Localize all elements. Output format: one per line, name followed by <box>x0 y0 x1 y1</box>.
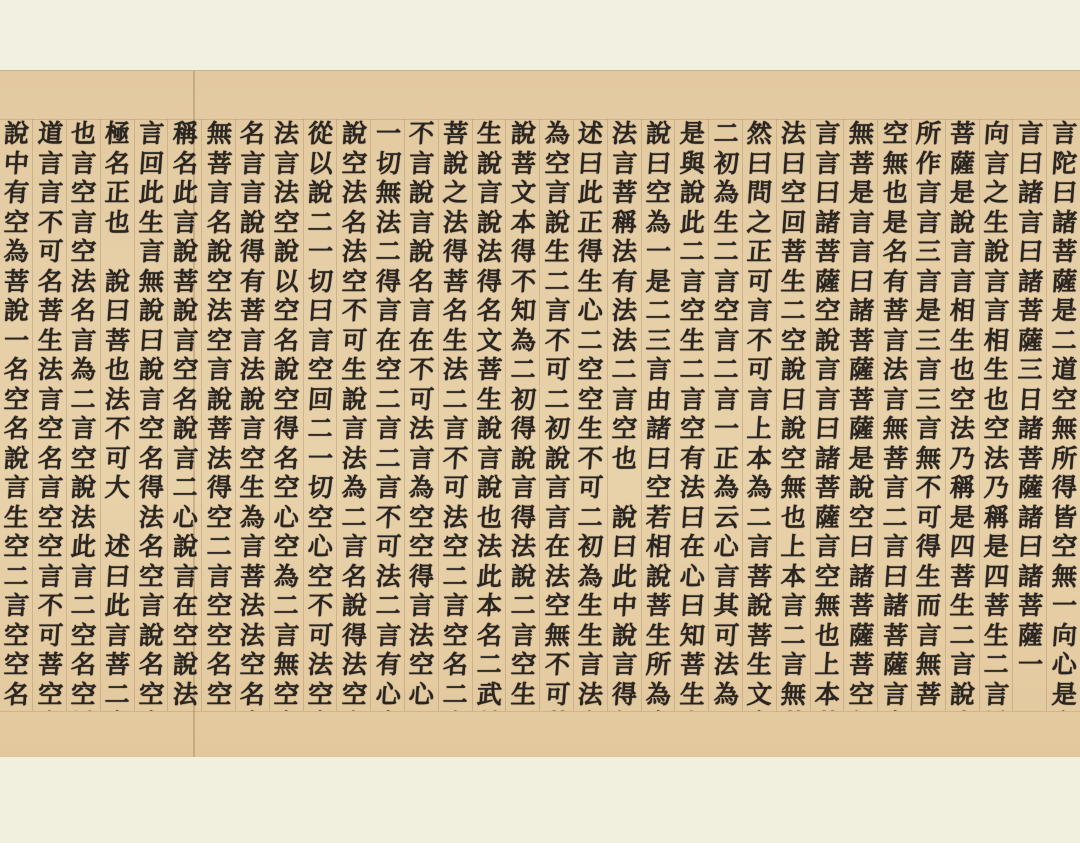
glyph: 說 <box>138 296 165 326</box>
glyph: 言 <box>983 296 1010 326</box>
glyph: 薩 <box>848 621 875 651</box>
glyph: 知 <box>510 296 537 326</box>
glyph: 名 <box>239 119 266 149</box>
glyph: 言 <box>915 267 942 297</box>
glyph: 得 <box>1051 473 1078 503</box>
glyph: 之 <box>746 208 773 238</box>
glyph: 名 <box>273 444 300 474</box>
glyph: 言 <box>915 178 942 208</box>
glyph: 二 <box>544 267 571 297</box>
glyph: 菩 <box>104 326 131 356</box>
glyph: 生 <box>713 208 740 238</box>
glyph: 不 <box>915 473 942 503</box>
glyph: 是 <box>1051 296 1078 326</box>
glyph: 向 <box>1051 621 1078 651</box>
glyph: 生 <box>983 355 1010 385</box>
glyph: 二 <box>375 237 402 267</box>
glyph: 言 <box>713 385 740 415</box>
glyph: 法 <box>510 532 537 562</box>
glyph: 菩 <box>1017 296 1044 326</box>
glyph: 稱 <box>983 503 1010 533</box>
glyph: 說 <box>679 178 706 208</box>
glyph: 曰 <box>814 178 841 208</box>
glyph: 生 <box>577 267 604 297</box>
text-column: 法言法空說以空名說空得名空心空為二言無空空 <box>269 119 304 711</box>
glyph: 生 <box>645 621 672 651</box>
glyph: 空 <box>341 267 368 297</box>
glyph: 言 <box>848 237 875 267</box>
glyph: 回 <box>307 385 334 415</box>
glyph: 諸 <box>645 414 672 444</box>
text-column: 然曰問之正可言不可言上本為二言菩說菩生文空菩說 <box>742 119 777 711</box>
glyph: 不 <box>341 296 368 326</box>
glyph: 乃 <box>983 473 1010 503</box>
glyph: 言 <box>814 355 841 385</box>
glyph: 法 <box>713 650 740 680</box>
glyph: 曰 <box>713 709 740 711</box>
glyph: 薩 <box>814 503 841 533</box>
glyph: 法 <box>882 355 909 385</box>
glyph: 中 <box>611 591 638 621</box>
glyph: 空 <box>37 680 64 710</box>
glyph: 薩 <box>1017 326 1044 356</box>
glyph: 二 <box>476 650 503 680</box>
glyph: 名 <box>341 208 368 238</box>
glyph: 說 <box>172 650 199 680</box>
glyph: 為 <box>408 473 435 503</box>
text-column: 說空法名法空不可生說言法為二言名說得法空言 <box>336 119 371 711</box>
glyph: 也 <box>476 503 503 533</box>
text-column: 言曰諸言曰諸菩薩三日諸菩薩諸曰諸菩薩一 <box>1012 119 1047 711</box>
glyph: 一 <box>645 237 672 267</box>
glyph: 空 <box>3 532 30 562</box>
glyph: 言 <box>273 149 300 179</box>
glyph: 也 <box>949 355 976 385</box>
glyph: 空 <box>3 621 30 651</box>
glyph: 名 <box>172 385 199 415</box>
glyph: 可 <box>544 680 571 710</box>
glyph: 空 <box>341 680 368 710</box>
glyph: 是 <box>949 503 976 533</box>
glyph: 法 <box>611 237 638 267</box>
glyph: 菩 <box>780 237 807 267</box>
glyph: 說 <box>341 119 368 149</box>
glyph: 言 <box>70 326 97 356</box>
glyph: 生 <box>138 208 165 238</box>
glyph: 以 <box>307 149 334 179</box>
glyph: 名 <box>3 680 30 710</box>
glyph: 空 <box>273 532 300 562</box>
glyph: 諸 <box>814 444 841 474</box>
glyph: 中 <box>3 149 30 179</box>
text-column: 名言言說得有菩言法說言空生為言菩法法空名空 <box>235 119 270 711</box>
glyph: 得 <box>273 414 300 444</box>
glyph: 可 <box>746 267 773 297</box>
glyph: 得 <box>442 237 469 267</box>
glyph: 上 <box>746 414 773 444</box>
glyph: 菩 <box>983 591 1010 621</box>
glyph: 言 <box>37 709 64 711</box>
glyph: 二 <box>577 503 604 533</box>
glyph: 無 <box>780 680 807 710</box>
text-column: 為空言說生二言不可二初說言言在法空無不可菩心 <box>539 119 574 711</box>
glyph: 一 <box>307 237 334 267</box>
glyph: 二 <box>273 591 300 621</box>
glyph: 可 <box>341 326 368 356</box>
text-column: 向言之生說言言相生也空法乃稱是四菩生二言說也 <box>979 119 1014 711</box>
glyph: 言 <box>949 237 976 267</box>
text-column: 從以說二一切曰言空回二一切空心空不可法空空 <box>303 119 338 711</box>
glyph: 得 <box>341 621 368 651</box>
glyph: 法 <box>70 267 97 297</box>
glyph: 文 <box>476 326 503 356</box>
glyph: 法 <box>206 444 233 474</box>
glyph: 名 <box>408 267 435 297</box>
glyph: 言 <box>37 385 64 415</box>
glyph: 二 <box>341 503 368 533</box>
glyph: 說 <box>510 562 537 592</box>
glyph: 言 <box>408 591 435 621</box>
glyph: 是 <box>645 267 672 297</box>
glyph: 不 <box>37 591 64 621</box>
glyph: 得 <box>510 503 537 533</box>
glyph: 空 <box>510 650 537 680</box>
glyph: 名 <box>37 444 64 474</box>
glyph: 乃 <box>949 444 976 474</box>
glyph: 本 <box>510 208 537 238</box>
glyph: 二 <box>713 355 740 385</box>
glyph: 言 <box>138 591 165 621</box>
glyph: 菩 <box>848 650 875 680</box>
glyph: 說 <box>273 355 300 385</box>
glyph: 三 <box>1017 355 1044 385</box>
glyph: 言 <box>1017 119 1044 149</box>
glyph: 曰 <box>104 296 131 326</box>
glyph <box>112 237 123 267</box>
glyph: 說 <box>239 208 266 238</box>
glyph: 說 <box>3 296 30 326</box>
glyph: 法 <box>577 680 604 710</box>
glyph: 道 <box>1051 355 1078 385</box>
glyph: 生 <box>577 591 604 621</box>
text-column: 生說言說法得名文菩生說言說也法此本名二武前得 <box>472 119 507 711</box>
glyph: 初 <box>510 385 537 415</box>
glyph: 薩 <box>949 149 976 179</box>
glyph: 也 <box>882 178 909 208</box>
glyph: 空 <box>206 267 233 297</box>
glyph: 得 <box>510 237 537 267</box>
glyph: 說 <box>611 503 638 533</box>
glyph: 言 <box>375 621 402 651</box>
glyph: 空 <box>882 709 909 711</box>
glyph: 空 <box>70 621 97 651</box>
glyph: 述 <box>577 119 604 149</box>
text-column: 言陀曰諸菩薩是二道空無所得皆空無一向心是言 <box>1046 119 1080 711</box>
glyph: 在 <box>375 326 402 356</box>
glyph: 薩 <box>1017 473 1044 503</box>
glyph: 法 <box>375 562 402 592</box>
glyph: 說 <box>239 385 266 415</box>
glyph: 言 <box>611 385 638 415</box>
glyph: 生 <box>915 562 942 592</box>
ruled-bottom-line <box>0 711 1080 712</box>
glyph: 說 <box>442 149 469 179</box>
glyph: 言 <box>476 444 503 474</box>
glyph: 菩 <box>1051 237 1078 267</box>
glyph: 言 <box>577 709 604 711</box>
glyph: 可 <box>307 621 334 651</box>
glyph: 無 <box>273 650 300 680</box>
glyph: 空 <box>949 385 976 415</box>
glyph: 言 <box>510 473 537 503</box>
glyph: 不 <box>510 709 537 711</box>
glyph: 說 <box>746 591 773 621</box>
glyph: 薩 <box>882 650 909 680</box>
glyph: 曰 <box>138 326 165 356</box>
glyph: 言 <box>915 208 942 238</box>
glyph: 四 <box>983 562 1010 592</box>
glyph: 可 <box>408 385 435 415</box>
glyph: 法 <box>273 178 300 208</box>
glyph: 諸 <box>814 208 841 238</box>
glyph: 為 <box>746 473 773 503</box>
glyph: 生 <box>476 119 503 149</box>
glyph: 說 <box>476 414 503 444</box>
glyph: 二 <box>746 503 773 533</box>
glyph: 稱 <box>172 119 199 149</box>
glyph: 菩 <box>645 591 672 621</box>
glyph: 菩 <box>239 296 266 326</box>
glyph: 得 <box>375 267 402 297</box>
glyph: 名 <box>206 650 233 680</box>
glyph: 言 <box>679 267 706 297</box>
glyph: 言 <box>713 326 740 356</box>
glyph: 言 <box>746 296 773 326</box>
glyph: 曰 <box>814 414 841 444</box>
glyph: 其 <box>713 591 740 621</box>
glyph: 空 <box>138 709 165 711</box>
glyph: 文 <box>679 709 706 711</box>
glyph: 言 <box>814 385 841 415</box>
glyph: 為 <box>510 326 537 356</box>
glyph: 言 <box>341 414 368 444</box>
glyph: 言 <box>882 326 909 356</box>
glyph: 在 <box>544 532 571 562</box>
glyph: 空 <box>172 621 199 651</box>
glyph: 空 <box>848 680 875 710</box>
glyph: 法 <box>239 355 266 385</box>
glyph: 空 <box>679 296 706 326</box>
glyph: 二 <box>442 680 469 710</box>
glyph: 無 <box>882 149 909 179</box>
glyph: 可 <box>577 473 604 503</box>
glyph: 云 <box>713 503 740 533</box>
glyph: 無 <box>1051 562 1078 592</box>
glyph: 無 <box>611 709 638 711</box>
glyph: 心 <box>1051 650 1078 680</box>
glyph: 日 <box>1017 385 1044 415</box>
glyph: 法 <box>408 621 435 651</box>
glyph: 而 <box>915 591 942 621</box>
glyph: 說 <box>983 237 1010 267</box>
glyph: 法 <box>172 680 199 710</box>
glyph: 名 <box>172 149 199 179</box>
glyph: 說 <box>104 267 131 297</box>
glyph: 言 <box>746 385 773 415</box>
glyph: 說 <box>476 208 503 238</box>
glyph: 為 <box>3 237 30 267</box>
glyph: 法 <box>476 532 503 562</box>
glyph: 空 <box>206 621 233 651</box>
glyph: 二 <box>510 355 537 385</box>
glyph: 言 <box>915 621 942 651</box>
glyph: 空 <box>70 680 97 710</box>
glyph: 法 <box>341 237 368 267</box>
glyph: 無 <box>915 444 942 474</box>
glyph: 切 <box>375 149 402 179</box>
glyph: 初 <box>713 149 740 179</box>
glyph: 說 <box>814 326 841 356</box>
glyph: 正 <box>746 237 773 267</box>
glyph: 為 <box>713 178 740 208</box>
glyph: 說 <box>408 237 435 267</box>
glyph: 空 <box>206 591 233 621</box>
glyph: 二 <box>172 473 199 503</box>
glyph: 名 <box>206 208 233 238</box>
glyph: 空 <box>408 532 435 562</box>
glyph: 二 <box>645 296 672 326</box>
text-column: 法曰空回菩生二空說曰說空無也上本言二言無菩 <box>776 119 811 711</box>
glyph: 也 <box>780 503 807 533</box>
glyph: 空 <box>239 709 266 711</box>
glyph: 空 <box>138 680 165 710</box>
glyph: 菩 <box>611 178 638 208</box>
glyph: 法 <box>375 208 402 238</box>
glyph: 說 <box>510 444 537 474</box>
glyph: 空 <box>3 208 30 238</box>
glyph: 空 <box>645 178 672 208</box>
glyph: 言 <box>138 237 165 267</box>
glyph: 說 <box>307 178 334 208</box>
glyph: 是 <box>1051 680 1078 710</box>
glyph: 說 <box>408 178 435 208</box>
glyph: 是 <box>848 444 875 474</box>
glyph: 名 <box>239 680 266 710</box>
glyph: 二 <box>780 296 807 326</box>
glyph: 法 <box>442 208 469 238</box>
glyph: 空 <box>37 532 64 562</box>
glyph: 菩 <box>1017 444 1044 474</box>
glyph: 法 <box>442 503 469 533</box>
text-column: 是與說此二言空生二言空有法曰在心曰知菩生文在空 <box>674 119 709 711</box>
glyph: 言 <box>408 149 435 179</box>
glyph: 菩 <box>882 444 909 474</box>
glyph: 本 <box>780 562 807 592</box>
glyph: 說 <box>341 591 368 621</box>
glyph: 空 <box>307 680 334 710</box>
glyph: 生 <box>510 680 537 710</box>
glyph: 言 <box>544 178 571 208</box>
glyph: 之 <box>442 178 469 208</box>
glyph: 言 <box>611 650 638 680</box>
glyph: 此 <box>138 178 165 208</box>
glyph: 文 <box>510 178 537 208</box>
glyph: 生 <box>3 503 30 533</box>
glyph: 言 <box>442 414 469 444</box>
glyph: 言 <box>206 562 233 592</box>
glyph: 得 <box>476 267 503 297</box>
glyph: 空 <box>983 414 1010 444</box>
glyph: 此 <box>172 178 199 208</box>
glyph: 言 <box>37 178 64 208</box>
glyph: 言 <box>1051 119 1078 149</box>
glyph: 曰 <box>1017 532 1044 562</box>
glyph: 說 <box>172 414 199 444</box>
glyph: 言 <box>645 355 672 385</box>
glyph: 為 <box>713 680 740 710</box>
glyph: 言 <box>544 473 571 503</box>
glyph: 空 <box>138 562 165 592</box>
glyph: 所 <box>915 119 942 149</box>
glyph: 不 <box>510 267 537 297</box>
glyph: 是 <box>983 532 1010 562</box>
glyph <box>619 473 630 503</box>
glyph: 言 <box>983 267 1010 297</box>
glyph: 心 <box>408 680 435 710</box>
glyph: 無 <box>915 650 942 680</box>
glyph: 言 <box>780 650 807 680</box>
glyph: 心 <box>375 680 402 710</box>
glyph: 言 <box>510 621 537 651</box>
glyph: 菩 <box>442 119 469 149</box>
glyph: 二 <box>713 119 740 149</box>
glyph: 曰 <box>645 444 672 474</box>
glyph: 生 <box>746 650 773 680</box>
glyph: 生 <box>476 385 503 415</box>
glyph: 菩 <box>442 267 469 297</box>
glyph: 法 <box>442 355 469 385</box>
glyph: 生 <box>949 591 976 621</box>
glyph: 正 <box>713 444 740 474</box>
glyph: 菩 <box>37 296 64 326</box>
glyph: 回 <box>138 149 165 179</box>
glyph: 言 <box>476 178 503 208</box>
glyph: 說 <box>611 621 638 651</box>
glyph: 二 <box>375 591 402 621</box>
glyph: 諸 <box>1051 208 1078 238</box>
glyph: 二 <box>510 591 537 621</box>
glyph: 言 <box>172 562 199 592</box>
glyph: 菩 <box>949 119 976 149</box>
glyph: 無 <box>848 709 875 711</box>
glyph: 薩 <box>848 355 875 385</box>
text-column: 述曰此正得生心二空空生不可二初為生生言法言空言 <box>573 119 608 711</box>
glyph: 空 <box>1051 532 1078 562</box>
glyph: 言 <box>37 562 64 592</box>
glyph: 為 <box>645 680 672 710</box>
glyph: 言 <box>37 473 64 503</box>
glyph: 諸 <box>1017 178 1044 208</box>
glyph: 不 <box>307 591 334 621</box>
glyph: 生 <box>780 267 807 297</box>
glyph: 言 <box>307 326 334 356</box>
glyph: 言 <box>814 119 841 149</box>
glyph: 四 <box>949 532 976 562</box>
glyph: 空 <box>375 355 402 385</box>
glyph: 此 <box>104 591 131 621</box>
glyph: 言 <box>882 385 909 415</box>
mount-top-margin <box>0 0 1080 70</box>
